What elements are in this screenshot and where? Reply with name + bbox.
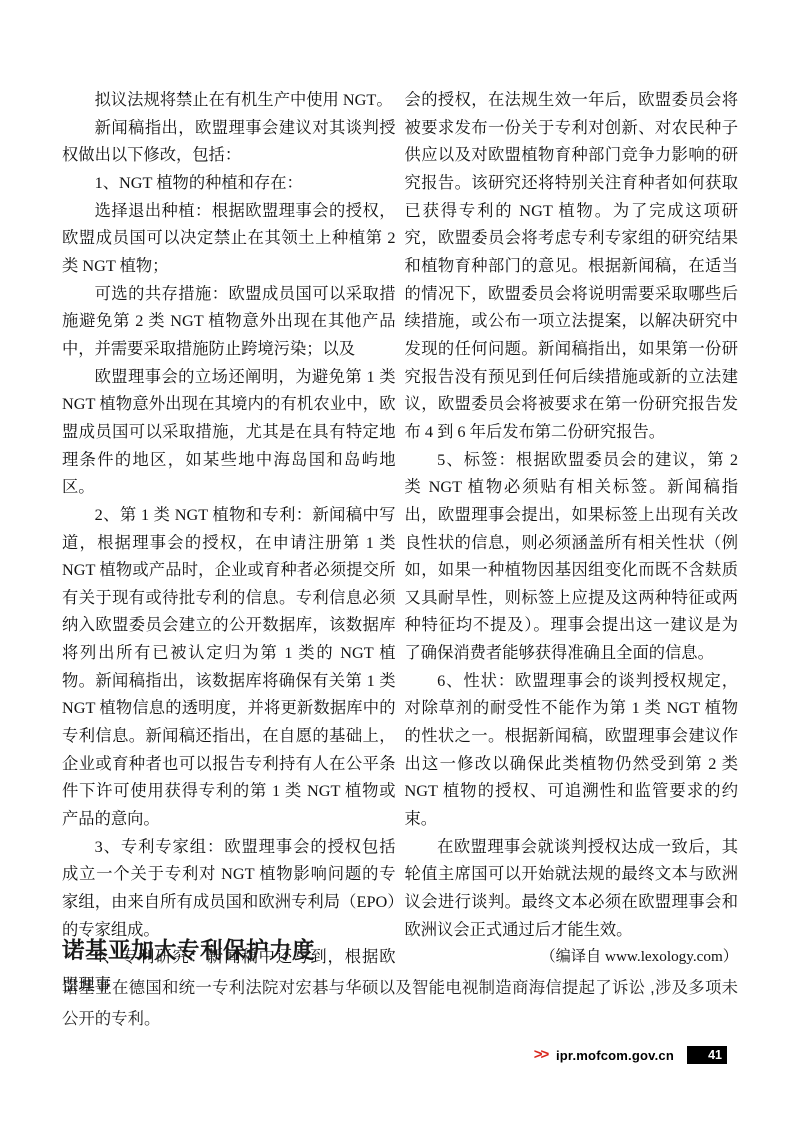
article-body: 拟议法规将禁止在有机生产中使用 NGT。新闻稿指出，欧盟理事会建议对其谈判授权做… bbox=[62, 86, 738, 999]
paragraph: 5、标签：根据欧盟委员会的建议，第 2 类 NGT 植物必须贴有相关标签。新闻稿… bbox=[405, 446, 739, 667]
paragraph: 在欧盟理事会就谈判授权达成一致后，其轮值主席国可以开始就法规的最终文本与欧洲议会… bbox=[405, 833, 739, 944]
paragraph: 3、专利专家组：欧盟理事会的授权包括成立一个关于专利对 NGT 植物影响问题的专… bbox=[62, 833, 396, 944]
right-column: 会的授权，在法规生效一年后，欧盟委员会将被要求发布一份关于专利对创新、对农民种子… bbox=[405, 86, 739, 999]
paragraph: 欧盟理事会的立场还阐明，为避免第 1 类 NGT 植物意外出现在其境内的有机农业… bbox=[62, 363, 396, 501]
paragraph: 2、第 1 类 NGT 植物和专利：新闻稿中写道，根据理事会的授权，在申请注册第… bbox=[62, 501, 396, 833]
paragraph: 新闻稿指出，欧盟理事会建议对其谈判授权做出以下修改，包括： bbox=[62, 114, 396, 169]
section-summary: 诺基亚在德国和统一专利法院对宏碁与华硕以及智能电视制造商海信提起了诉讼 ,涉及多… bbox=[62, 973, 738, 1035]
paragraph: 6、性状：欧盟理事会的谈判授权规定，对除草剂的耐受性不能作为第 1 类 NGT … bbox=[405, 667, 739, 833]
section-title: 诺基亚加大专利保护力度 bbox=[62, 936, 738, 966]
paragraph: 可选的共存措施：欧盟成员国可以采取措施避免第 2 类 NGT 植物意外出现在其他… bbox=[62, 280, 396, 363]
paragraph: 会的授权，在法规生效一年后，欧盟委员会将被要求发布一份关于专利对创新、对农民种子… bbox=[405, 86, 739, 446]
nokia-section: 诺基亚加大专利保护力度 诺基亚在德国和统一专利法院对宏碁与华硕以及智能电视制造商… bbox=[62, 936, 738, 1035]
paragraph: 选择退出种植：根据欧盟理事会的授权，欧盟成员国可以决定禁止在其领土上种植第 2 … bbox=[62, 197, 396, 280]
paragraph: 拟议法规将禁止在有机生产中使用 NGT。 bbox=[62, 86, 396, 114]
page-number-badge: 41 bbox=[687, 1046, 727, 1064]
site-url: ipr.mofcom.gov.cn bbox=[556, 1048, 674, 1063]
page-footer: >> ipr.mofcom.gov.cn 41 bbox=[533, 1046, 727, 1064]
document-page: 拟议法规将禁止在有机生产中使用 NGT。新闻稿指出，欧盟理事会建议对其谈判授权做… bbox=[0, 0, 794, 1122]
double-chevron-icon: >> bbox=[533, 1046, 547, 1064]
paragraph: 1、NGT 植物的种植和存在： bbox=[62, 169, 396, 197]
left-column: 拟议法规将禁止在有机生产中使用 NGT。新闻稿指出，欧盟理事会建议对其谈判授权做… bbox=[62, 86, 396, 999]
